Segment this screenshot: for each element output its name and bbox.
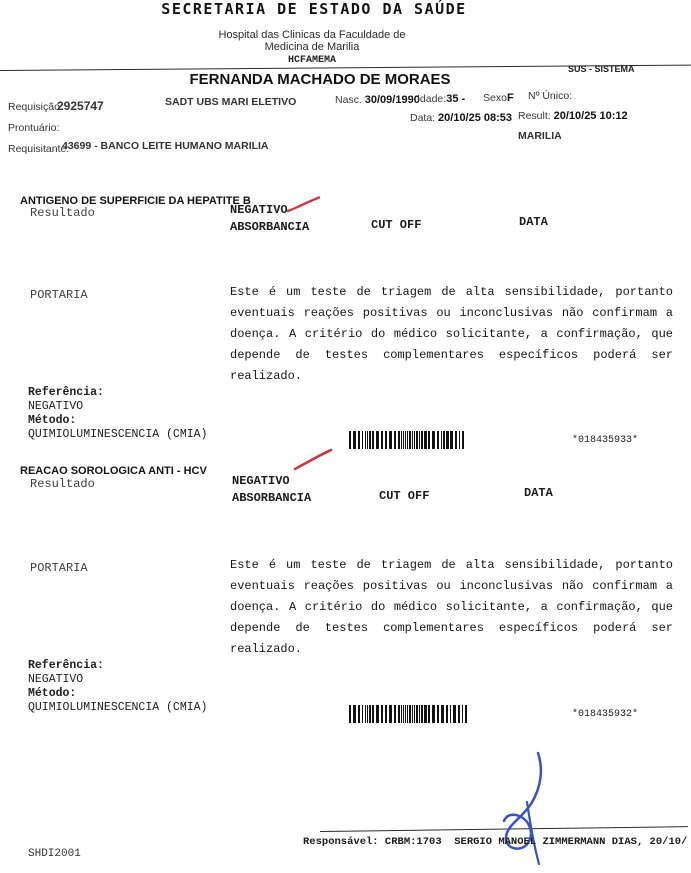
metodo-value: QUIMIOLUMINESCENCIA (CMIA) — [28, 428, 207, 441]
requisitante-value: 43699 - BANCO LEITE HUMANO MARILIA — [62, 140, 269, 152]
lab-report-page: SECRETARIA DE ESTADO DA SAÚDE Hospital d… — [0, 0, 691, 873]
idade-field: Idade:35 - — [417, 93, 465, 105]
referencia-label: Referência: — [28, 386, 104, 399]
requisicao-label: Requisição: — [8, 101, 63, 113]
patient-name: FERNANDA MACHADO DE MORAES — [0, 71, 640, 88]
requisicao-value: 2925747 — [57, 99, 104, 113]
data-value: 20/10/25 08:53 — [438, 112, 512, 124]
column-absorbancia: ABSORBANCIA — [230, 220, 309, 234]
nasc-field: Nasc. 30/09/1990 — [335, 94, 420, 106]
city-label: MARILIA — [518, 130, 562, 142]
portaria-label: PORTARIA — [30, 288, 88, 302]
resultado-label: Resultado — [30, 206, 95, 220]
checkmark-icon — [286, 196, 322, 213]
numero-unico-label: Nº Único: — [528, 90, 572, 102]
prontuario-label: Prontuário: — [8, 122, 59, 134]
test-title: REACAO SOROLOGICA ANTI - HCV — [20, 465, 207, 477]
barcode-value: *018435933* — [572, 435, 638, 446]
document-code: SHDI2001 — [28, 848, 81, 860]
column-cutoff: CUT OFF — [379, 489, 429, 503]
hospital-name-line2: Medicina de Marilia — [0, 41, 624, 53]
column-cutoff: CUT OFF — [371, 218, 421, 232]
result-label: Result: — [518, 110, 551, 122]
result-field: Result: 20/10/25 10:12 — [518, 110, 628, 122]
barcode-value: *018435932* — [572, 709, 638, 720]
nasc-label: Nasc. — [335, 94, 362, 106]
column-data: DATA — [524, 486, 553, 500]
sexo-field: SexoF — [483, 92, 514, 104]
hospital-acronym: HCFAMEMA — [0, 55, 624, 66]
metodo-value: QUIMIOLUMINESCENCIA (CMIA) — [28, 701, 207, 714]
portaria-label: PORTARIA — [30, 561, 88, 575]
sexo-label: Sexo — [483, 92, 507, 104]
resultado-value: NEGATIVO — [232, 474, 290, 488]
referencia-value: NEGATIVO — [28, 673, 83, 686]
referencia-label: Referência: — [28, 659, 104, 672]
portaria-text: Este é um teste de triagem de alta sensi… — [230, 282, 673, 387]
nasc-value: 30/09/1990 — [365, 94, 420, 106]
checkmark-icon — [292, 448, 334, 472]
idade-value: 35 - — [446, 93, 465, 105]
data-field: Data: 20/10/25 08:53 — [410, 112, 512, 124]
responsavel-line: Responsável: CRBM:1703 SERGIO MANOEL ZIM… — [303, 836, 687, 848]
handwritten-signature — [478, 750, 570, 868]
metodo-label: Método: — [28, 687, 76, 700]
data-label: Data: — [410, 112, 435, 124]
barcode — [349, 431, 567, 449]
result-value: 20/10/25 10:12 — [554, 110, 628, 122]
sexo-value: F — [507, 92, 514, 104]
column-data: DATA — [519, 215, 548, 229]
resultado-value: NEGATIVO — [230, 203, 288, 217]
portaria-text: Este é um teste de triagem de alta sensi… — [230, 555, 673, 660]
column-absorbancia: ABSORBANCIA — [232, 491, 311, 505]
resultado-label: Resultado — [30, 477, 95, 491]
sadt-type: SADT UBS MARI ELETIVO — [165, 96, 296, 108]
barcode — [349, 705, 567, 723]
hospital-name-line1: Hospital das Clinicas da Faculdade de — [0, 29, 624, 41]
idade-label: Idade: — [417, 93, 446, 105]
org-title: SECRETARIA DE ESTADO DA SAÚDE — [0, 0, 628, 18]
referencia-value: NEGATIVO — [28, 400, 83, 413]
requisitante-label: Requisitante: — [8, 143, 69, 155]
metodo-label: Método: — [28, 414, 76, 427]
